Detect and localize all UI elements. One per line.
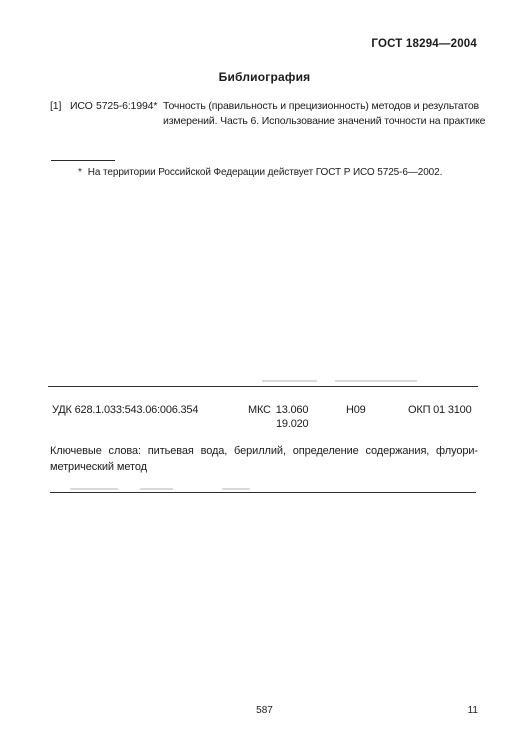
udk-code: УДК 628.1.033:543.06:006.354 [52,403,198,417]
footnote-text: На территории Российской Федерации дейст… [88,167,442,178]
print-artifact [222,488,250,490]
mks-prefix: МКС [248,404,271,416]
separator-rule-top [48,386,478,387]
biblio-description-line: Точность (правильность и прецизионность)… [163,99,479,114]
print-artifact [140,488,173,490]
mks-block: МКС13.060 19.020 [248,403,308,431]
bibliography-entry: [1] ИСО 5725-6:1994* Точность (правильно… [0,99,529,133]
document-page: ГОСТ 18294—2004 Библиография [1] ИСО 572… [0,0,529,756]
footnote: *На территории Российской Федерации дейс… [78,167,442,178]
page-number-right: 11 [468,705,478,716]
keywords-line-2: метрический метод [50,459,478,475]
keywords-line-1: Ключевые слова: питьевая вода, бериллий,… [50,443,478,459]
mks-secondary-code: 19.020 [276,417,308,431]
biblio-description-line: измерений. Часть 6. Использование значен… [163,114,479,129]
mks-code: МКС13.060 [248,403,308,417]
oks-group-code: Н09 [346,403,366,417]
biblio-ref: [1] [50,99,61,114]
page-number-center: 587 [0,705,529,716]
print-artifact [335,380,417,382]
print-artifact [70,488,118,490]
footnote-marker: * [78,167,82,178]
separator-rule-bottom [50,492,476,493]
biblio-org: ИСО [70,99,93,114]
section-title: Библиография [0,70,529,84]
keywords-paragraph: Ключевые слова: питьевая вода, бериллий,… [50,443,478,475]
mks-primary: 13.060 [276,404,308,416]
biblio-number: 5725-6:1994* [96,99,157,114]
gost-code: ГОСТ 18294—2004 [371,38,477,50]
classification-row: УДК 628.1.033:543.06:006.354 МКС13.060 1… [0,403,529,435]
footnote-rule [51,160,115,161]
okp-code: ОКП 01 3100 [408,403,472,417]
biblio-description: Точность (правильность и прецизионность)… [163,99,479,129]
print-artifact [262,380,317,382]
